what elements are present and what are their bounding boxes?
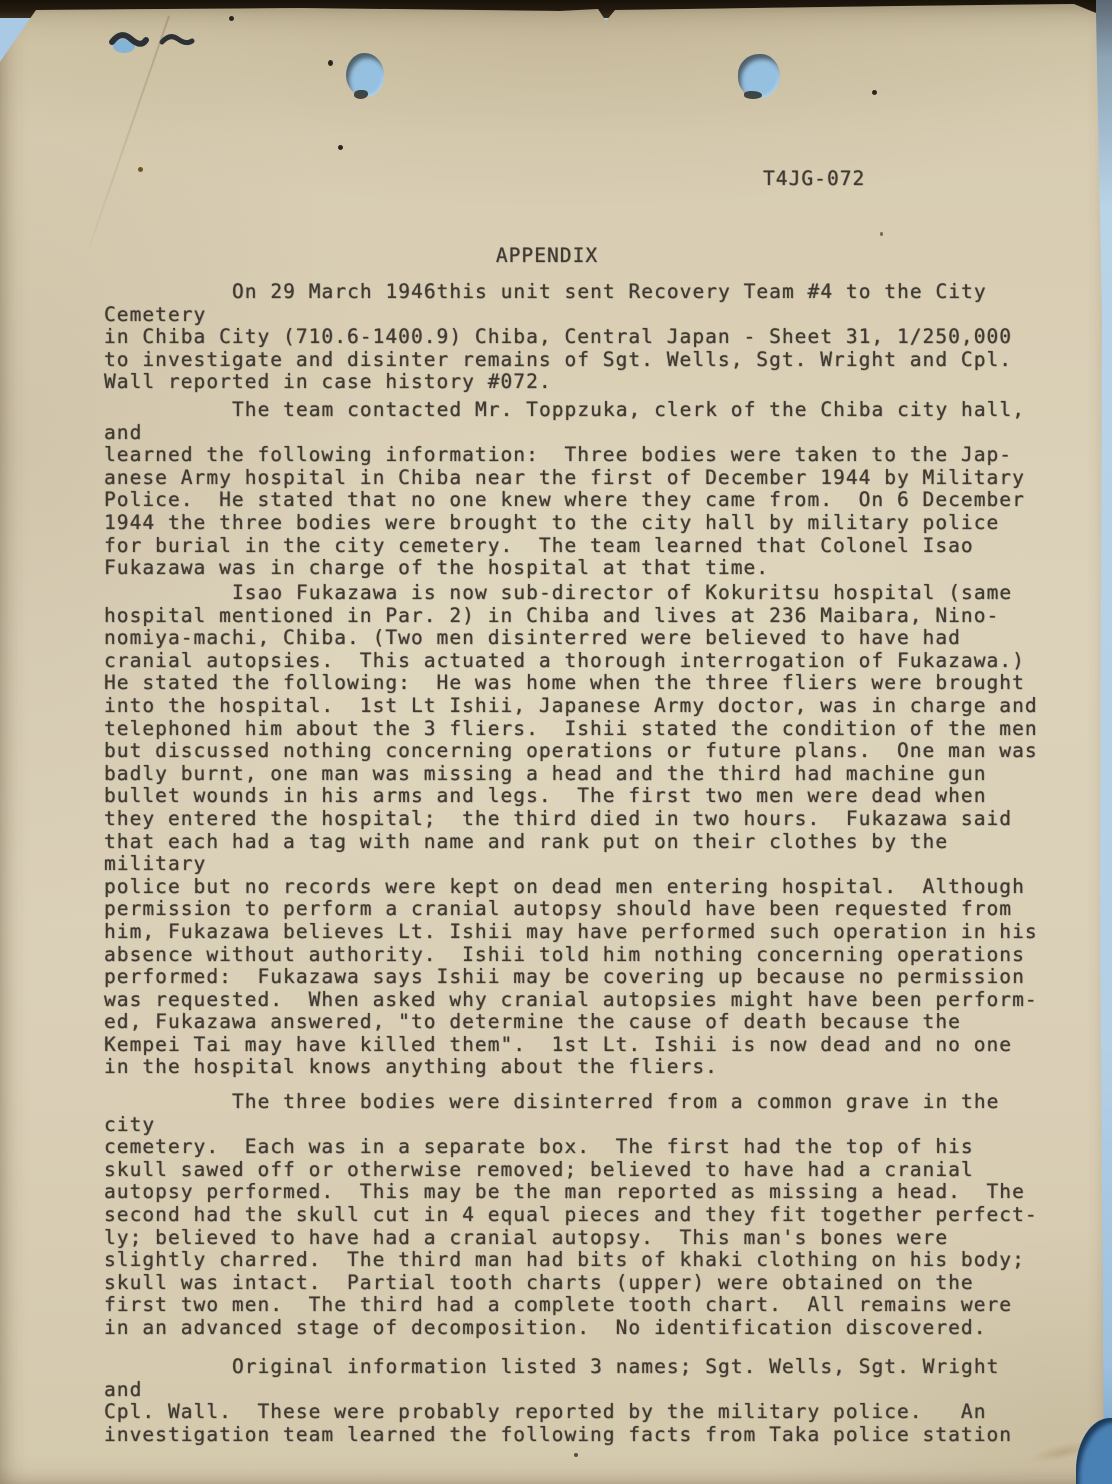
ink-speck (138, 167, 143, 172)
paragraph-1: On 29 March 1946this unit sent Recovery … (104, 281, 1048, 394)
ink-speck (338, 145, 343, 150)
scanned-document-page: T4JG-072 APPENDIX On 29 March 1946this u… (0, 0, 1112, 1484)
ink-speck (574, 1453, 578, 1457)
ink-speck (872, 90, 877, 95)
paragraph-2: The team contacted Mr. Toppzuka, clerk o… (104, 399, 1048, 580)
ink-speck (229, 16, 234, 21)
punch-hole-right (738, 54, 780, 98)
document-reference-number: T4JG-072 (763, 168, 983, 191)
paragraph-3: Isao Fukazawa is now sub-director of Kok… (104, 582, 1048, 1079)
ink-speck (328, 60, 333, 66)
ink-speck (880, 232, 883, 236)
paragraph-4: The three bodies were disinterred from a… (104, 1091, 1048, 1340)
document-title: APPENDIX (0, 245, 1094, 268)
paragraph-5: Original information listed 3 names; Sgt… (104, 1356, 1048, 1446)
punch-hole-left (346, 53, 384, 97)
